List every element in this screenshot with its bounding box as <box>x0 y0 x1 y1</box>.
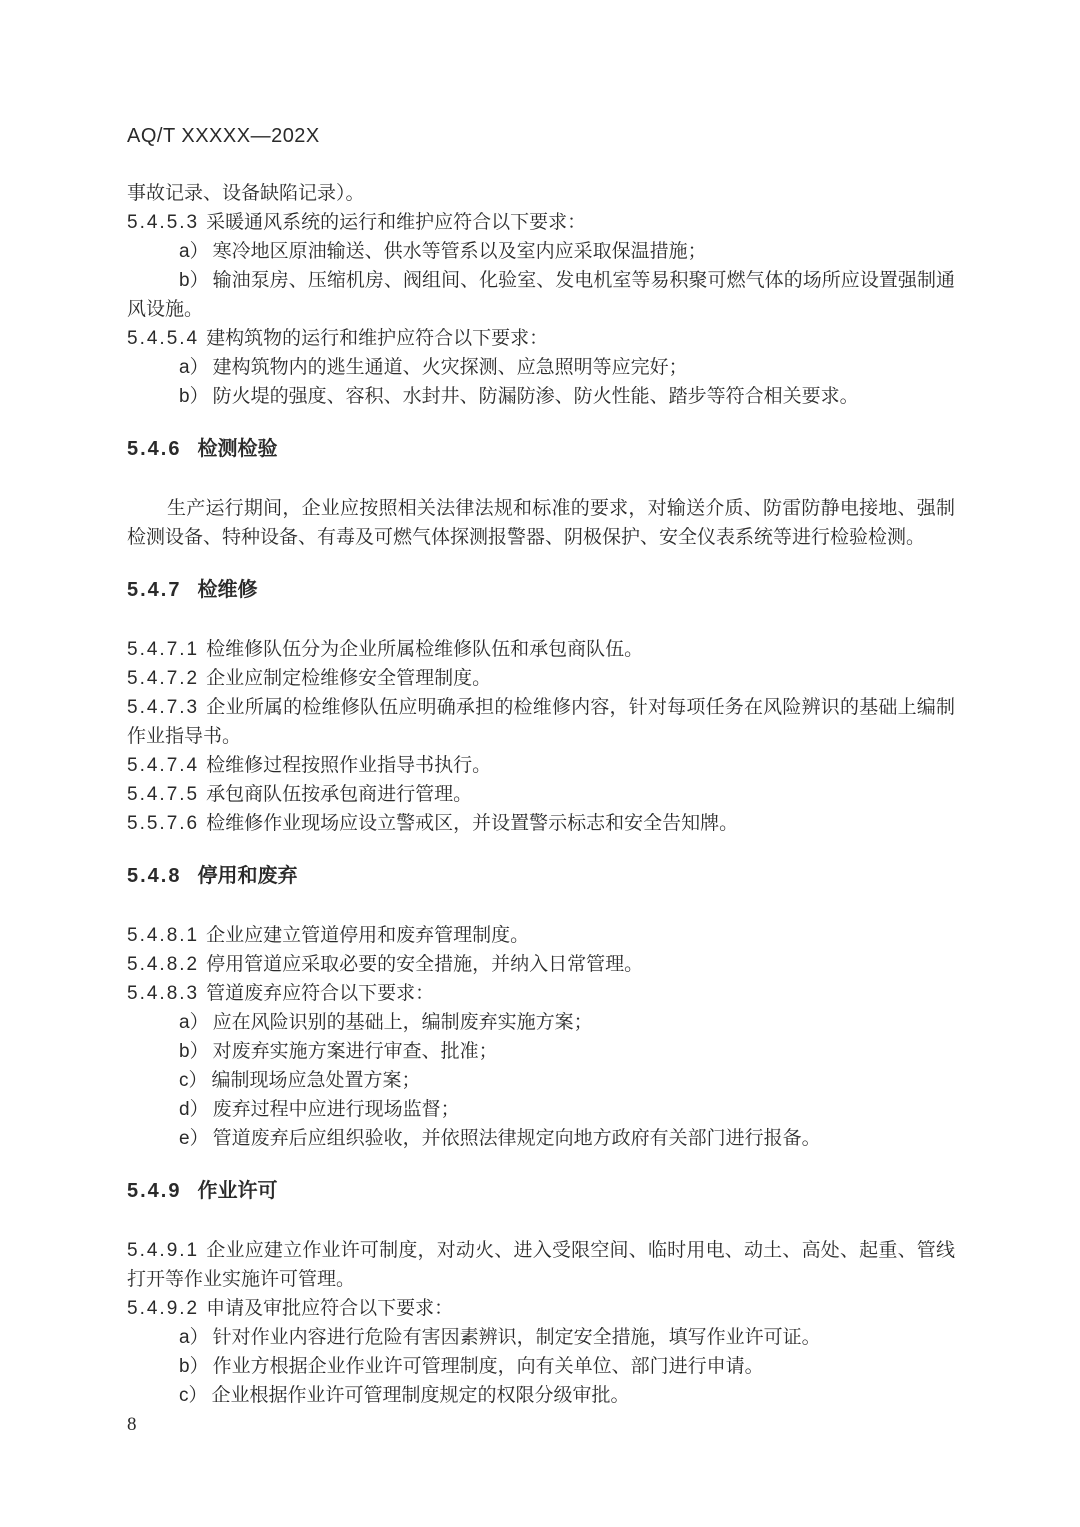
clause-paragraph: 5.4.8.2停用管道应采取必要的安全措施，并纳入日常管理。 <box>127 950 955 979</box>
list-item: c）编制现场应急处置方案； <box>127 1066 955 1095</box>
list-item: b）作业方根据企业作业许可管理制度，向有关单位、部门进行申请。 <box>127 1352 955 1381</box>
list-marker: a） <box>179 241 209 262</box>
section-number: 5.4.8 <box>127 865 181 887</box>
list-item-text: 针对作业内容进行危险有害因素辨识，制定安全措施，填写作业许可证。 <box>213 1327 821 1348</box>
list-marker: b） <box>179 1356 209 1377</box>
list-item-text: 废弃过程中应进行现场监督； <box>213 1099 460 1120</box>
clause-number: 5.4.7.2 <box>127 668 199 689</box>
list-marker: b） <box>179 386 209 407</box>
clause-number: 5.4.9.2 <box>127 1298 199 1319</box>
continuation-text: 事故记录、设备缺陷记录）。 <box>127 179 955 208</box>
clause-paragraph: 5.4.8.1企业应建立管道停用和废弃管理制度。 <box>127 921 955 950</box>
clause-paragraph: 5.4.5.4建构筑物的运行和维护应符合以下要求： <box>127 324 955 353</box>
list-item-text: 对废弃实施方案进行审查、批准； <box>213 1041 498 1062</box>
list-item-text: 管道废弃后应组织验收，并依照法律规定向地方政府有关部门进行报备。 <box>213 1128 821 1149</box>
clause-text: 申请及审批应符合以下要求： <box>206 1298 453 1319</box>
clause-text: 检维修作业现场应设立警戒区，并设置警示标志和安全告知牌。 <box>206 813 738 834</box>
clause-paragraph: 5.4.8.3管道废弃应符合以下要求： <box>127 979 955 1008</box>
list-marker: d） <box>179 1099 209 1120</box>
page-number: 8 <box>127 1410 955 1439</box>
list-item-text: 作业方根据企业作业许可管理制度，向有关单位、部门进行申请。 <box>213 1356 764 1377</box>
clause-paragraph: 5.4.7.4检维修过程按照作业指导书执行。 <box>127 751 955 780</box>
list-item-text: 企业根据作业许可管理制度规定的权限分级审批。 <box>212 1385 630 1406</box>
section-number: 5.4.7 <box>127 579 181 601</box>
list-item-text: 应在风险识别的基础上，编制废弃实施方案； <box>213 1012 593 1033</box>
list-item-text: 防火堤的强度、容积、水封井、防漏防渗、防火性能、踏步等符合相关要求。 <box>213 386 859 407</box>
list-marker: c） <box>179 1070 208 1091</box>
list-item-text: 输油泵房、压缩机房、阀组间、化验室、发电机室等易积聚可燃气体的场所应设置强制通风… <box>127 270 955 320</box>
clause-number: 5.5.7.6 <box>127 813 199 834</box>
section-title: 作业许可 <box>197 1180 277 1202</box>
clause-paragraph: 5.4.7.5承包商队伍按承包商进行管理。 <box>127 780 955 809</box>
section-number: 5.4.6 <box>127 438 181 460</box>
clause-paragraph: 5.4.9.2申请及审批应符合以下要求： <box>127 1294 955 1323</box>
section-title: 停用和废弃 <box>197 865 297 887</box>
clause-number: 5.4.5.4 <box>127 328 199 349</box>
list-item: a）针对作业内容进行危险有害因素辨识，制定安全措施，填写作业许可证。 <box>127 1323 955 1352</box>
clause-text: 停用管道应采取必要的安全措施，并纳入日常管理。 <box>206 954 643 975</box>
clause-number: 5.4.7.5 <box>127 784 199 805</box>
section-title: 检维修 <box>197 579 257 601</box>
section-heading: 5.4.9作业许可 <box>127 1177 955 1206</box>
clause-text: 检维修过程按照作业指导书执行。 <box>206 755 491 776</box>
clause-text: 企业应制定检维修安全管理制度。 <box>206 668 491 689</box>
clause-number: 5.4.9.1 <box>127 1240 199 1261</box>
clause-number: 5.4.5.3 <box>127 212 199 233</box>
list-item-text: 寒冷地区原油输送、供水等管系以及室内应采取保温措施； <box>213 241 707 262</box>
clause-text: 承包商队伍按承包商进行管理。 <box>206 784 472 805</box>
clause-paragraph: 5.4.7.1检维修队伍分为企业所属检维修队伍和承包商队伍。 <box>127 635 955 664</box>
clause-paragraph: 5.4.7.3企业所属的检维修队伍应明确承担的检维修内容，针对每项任务在风险辨识… <box>127 693 955 751</box>
section-heading: 5.4.6检测检验 <box>127 435 955 464</box>
list-marker: b） <box>179 270 209 291</box>
clause-text: 建构筑物的运行和维护应符合以下要求： <box>206 328 548 349</box>
list-item: d）废弃过程中应进行现场监督； <box>127 1095 955 1124</box>
list-marker: a） <box>179 1012 209 1033</box>
list-item: c）企业根据作业许可管理制度规定的权限分级审批。 <box>127 1381 955 1410</box>
clause-text: 采暖通风系统的运行和维护应符合以下要求： <box>206 212 586 233</box>
list-item-text: 建构筑物内的逃生通道、火灾探测、应急照明等应完好； <box>213 357 688 378</box>
list-marker: a） <box>179 357 209 378</box>
clause-number: 5.4.8.3 <box>127 983 199 1004</box>
list-item: b）对废弃实施方案进行审查、批准； <box>127 1037 955 1066</box>
list-marker: b） <box>179 1041 209 1062</box>
body-paragraph: 生产运行期间，企业应按照相关法律法规和标准的要求，对输送介质、防雷防静电接地、强… <box>127 494 955 552</box>
clause-text: 管道废弃应符合以下要求： <box>206 983 434 1004</box>
list-marker: e） <box>179 1128 209 1149</box>
standard-number-header: AQ/T XXXXX—202X <box>127 122 955 151</box>
clause-paragraph: 5.4.7.2企业应制定检维修安全管理制度。 <box>127 664 955 693</box>
list-item: a）建构筑物内的逃生通道、火灾探测、应急照明等应完好； <box>127 353 955 382</box>
clause-number: 5.4.7.1 <box>127 639 199 660</box>
clause-text: 企业应建立管道停用和废弃管理制度。 <box>206 925 529 946</box>
list-marker: c） <box>179 1385 208 1406</box>
clause-number: 5.4.7.4 <box>127 755 199 776</box>
section-heading: 5.4.8停用和废弃 <box>127 862 955 891</box>
list-item: a）应在风险识别的基础上，编制废弃实施方案； <box>127 1008 955 1037</box>
clause-text: 检维修队伍分为企业所属检维修队伍和承包商队伍。 <box>206 639 643 660</box>
section-heading: 5.4.7检维修 <box>127 576 955 605</box>
clause-number: 5.4.8.2 <box>127 954 199 975</box>
section-number: 5.4.9 <box>127 1180 181 1202</box>
clause-number: 5.4.7.3 <box>127 697 199 718</box>
clause-paragraph: 5.5.7.6检维修作业现场应设立警戒区，并设置警示标志和安全告知牌。 <box>127 809 955 838</box>
clause-paragraph: 5.4.9.1企业应建立作业许可制度，对动火、进入受限空间、临时用电、动土、高处… <box>127 1236 955 1294</box>
section-title: 检测检验 <box>197 438 277 460</box>
clause-text: 企业所属的检维修队伍应明确承担的检维修内容，针对每项任务在风险辨识的基础上编制作… <box>127 697 955 747</box>
clause-number: 5.4.8.1 <box>127 925 199 946</box>
clause-text: 企业应建立作业许可制度，对动火、进入受限空间、临时用电、动土、高处、起重、管线打… <box>127 1240 955 1290</box>
list-item: e）管道废弃后应组织验收，并依照法律规定向地方政府有关部门进行报备。 <box>127 1124 955 1153</box>
list-item: b）输油泵房、压缩机房、阀组间、化验室、发电机室等易积聚可燃气体的场所应设置强制… <box>127 266 955 324</box>
document-page: AQ/T XXXXX—202X 事故记录、设备缺陷记录）。5.4.5.3采暖通风… <box>0 0 1080 1527</box>
clause-paragraph: 5.4.5.3采暖通风系统的运行和维护应符合以下要求： <box>127 208 955 237</box>
document-content: 事故记录、设备缺陷记录）。5.4.5.3采暖通风系统的运行和维护应符合以下要求：… <box>127 179 955 1410</box>
list-item-text: 编制现场应急处置方案； <box>212 1070 421 1091</box>
list-item: b）防火堤的强度、容积、水封井、防漏防渗、防火性能、踏步等符合相关要求。 <box>127 382 955 411</box>
list-item: a）寒冷地区原油输送、供水等管系以及室内应采取保温措施； <box>127 237 955 266</box>
list-marker: a） <box>179 1327 209 1348</box>
